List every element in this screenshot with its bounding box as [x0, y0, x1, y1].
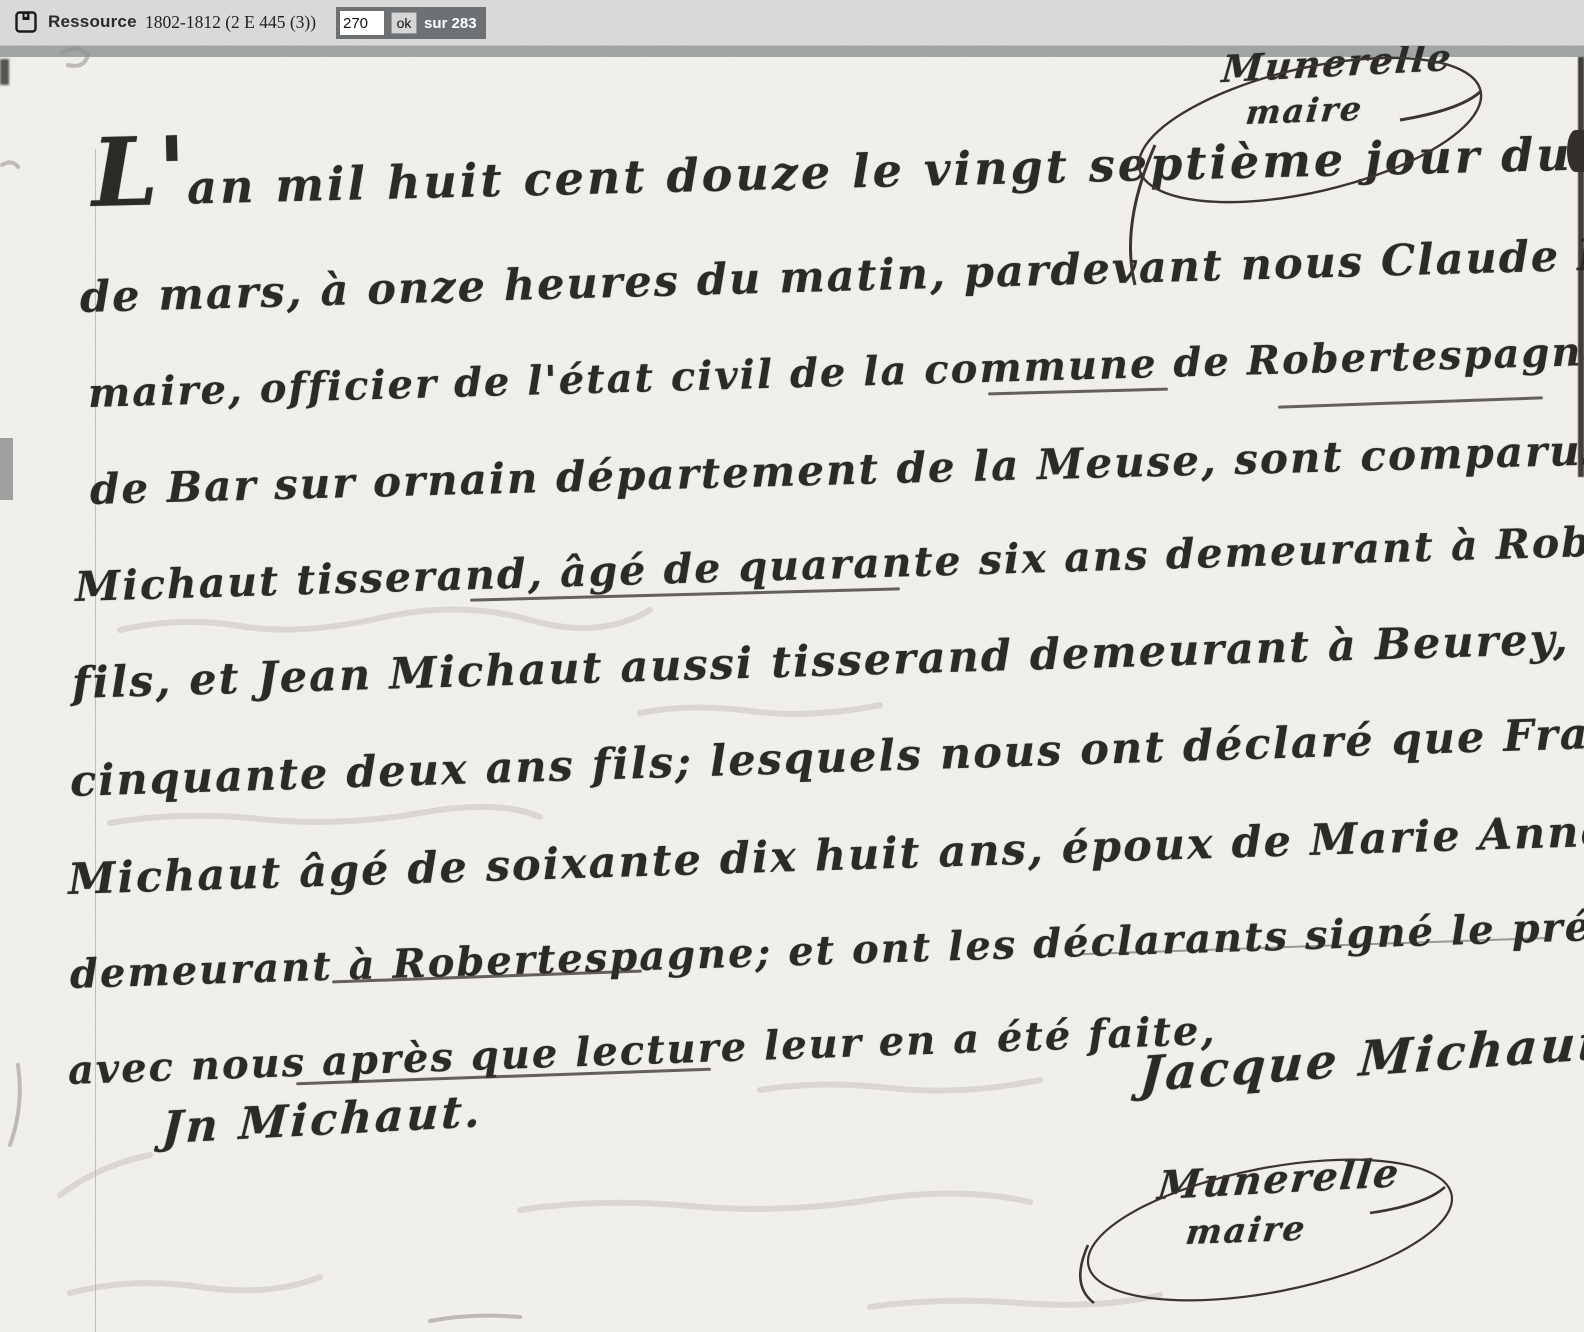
act-line: demeurant à Robertespagne; et ont les dé…: [69, 896, 1584, 998]
act-line: Michaut tisserand, âgé de quarante six a…: [74, 510, 1584, 611]
toolbar-label: Ressource: [48, 12, 137, 32]
act-line: de Bar sur ornain département de la Meus…: [89, 420, 1584, 514]
archive-viewer: Ressource 1802-1812 (2 E 445 (3)) ok sur…: [0, 0, 1584, 1332]
page-total-label: sur 283: [424, 15, 477, 32]
page-navigator: ok sur 283: [336, 7, 486, 39]
toolbar: Ressource 1802-1812 (2 E 445 (3)) ok sur…: [0, 0, 1584, 46]
page-input[interactable]: [340, 11, 384, 35]
resource-title: 1802-1812 (2 E 445 (3)): [145, 12, 316, 33]
ink-stroke: [1278, 396, 1543, 408]
signature-jean-michaut: Jn Michaut.: [161, 1086, 485, 1154]
ok-button[interactable]: ok: [391, 12, 417, 34]
act-line: Michaut âgé de soixante dix huit ans, ép…: [67, 800, 1584, 905]
signature-munerelle-top: Munerelle: [1220, 45, 1455, 91]
signature-maire-bottom: maire: [1184, 1209, 1309, 1253]
act-line: de mars, à onze heures du matin, pardeva…: [79, 224, 1584, 323]
page-margin-line: [95, 149, 96, 1332]
act-line: cinquante deux ans fils; lesquels nous o…: [69, 705, 1584, 807]
signature-munerelle-bottom: Munerelle: [1156, 1150, 1403, 1209]
document-scan[interactable]: L'an mil huit cent douze le vingt septiè…: [0, 45, 1584, 1332]
act-line: fils, et Jean Michaut aussi tisserand de…: [71, 609, 1584, 709]
act-line: avec nous après que lecture leur en a ét…: [67, 1007, 1217, 1094]
resource-archive-icon: [14, 10, 38, 34]
signature-maire-top: maire: [1244, 89, 1365, 132]
left-edge-scrollbar[interactable]: [0, 438, 13, 500]
act-line: L'an mil huit cent douze le vingt septiè…: [91, 123, 1584, 217]
scan-corner-artifact: [0, 59, 9, 85]
